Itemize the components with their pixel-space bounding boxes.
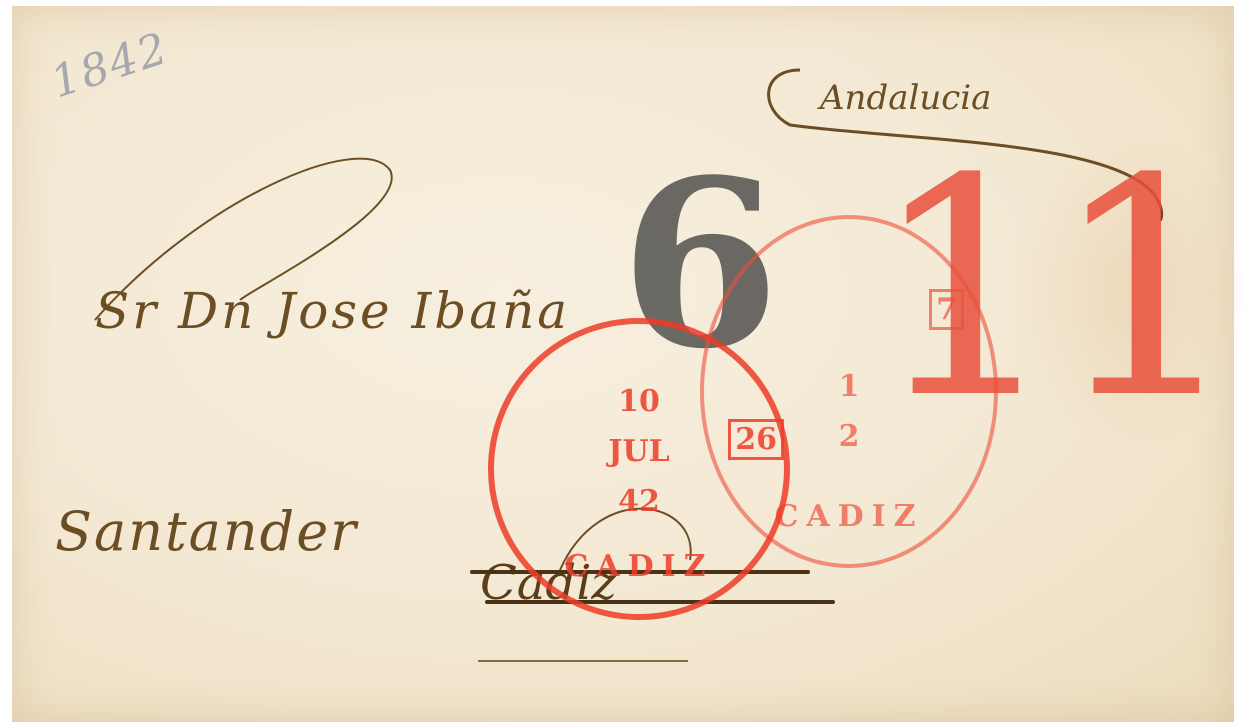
addressee-name: Sr Dn Jose Ibaña: [95, 282, 570, 340]
postmark-1-day: 10: [494, 384, 784, 419]
destination-city: Santander: [55, 500, 358, 563]
postmark-1: 10 JUL 42 26 CADIZ: [488, 318, 790, 620]
route-annotation: Andalucia: [820, 78, 991, 118]
underline: [478, 660, 688, 662]
red-rate-marking: 119: [870, 140, 1243, 440]
postmark-1-year: 42: [494, 484, 784, 519]
postmark-1-box: 26: [728, 419, 784, 460]
postmark-1-bottom: CADIZ: [494, 549, 784, 584]
